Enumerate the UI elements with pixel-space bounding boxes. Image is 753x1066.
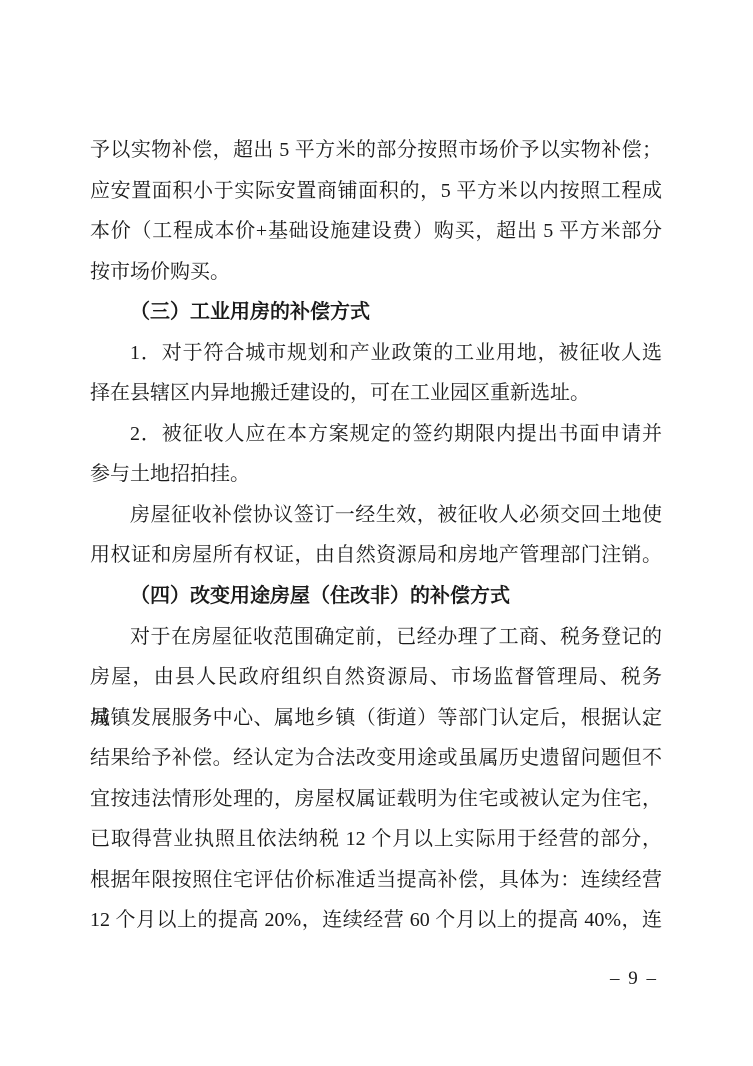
document-page: 予以实物补偿，超出 5 平方米的部分按照市场价予以实物补偿；应安置面积小于实际安… <box>0 0 753 1066</box>
page-number: – 9 – <box>610 968 658 990</box>
text-line: 1．对于符合城市规划和产业政策的工业用地，被征收人选 <box>90 333 662 374</box>
text-line: 结果给予补偿。经认定为合法改变用途或虽属历史遗留问题但不 <box>90 738 662 779</box>
text-line: 按市场价购买。 <box>90 252 662 293</box>
text-line: 择在县辖区内异地搬迁建设的，可在工业园区重新选址。 <box>90 373 662 414</box>
text-line: 房屋，由县人民政府组织自然资源局、市场监督管理局、税务局、 <box>90 657 662 698</box>
text-line: 2．被征收人应在本方案规定的签约期限内提出书面申请并 <box>90 414 662 455</box>
text-line: 城镇发展服务中心、属地乡镇（街道）等部门认定后，根据认定 <box>90 698 662 739</box>
text-line: 参与土地招拍挂。 <box>90 454 662 495</box>
text-line: 根据年限按照住宅评估价标准适当提高补偿，具体为：连续经营 <box>90 860 662 901</box>
text-line: 宜按违法情形处理的，房屋权属证载明为住宅或被认定为住宅， <box>90 779 662 820</box>
text-line: 用权证和房屋所有权证，由自然资源局和房地产管理部门注销。 <box>90 535 662 576</box>
text-line: 12 个月以上的提高 20%，连续经营 60 个月以上的提高 40%，连 <box>90 900 662 941</box>
text-line: 已取得营业执照且依法纳税 12 个月以上实际用于经营的部分， <box>90 819 662 860</box>
text-line: 对于在房屋征收范围确定前，已经办理了工商、税务登记的 <box>90 617 662 658</box>
section-heading: （三）工业用房的补偿方式 <box>90 292 662 333</box>
text-line: 房屋征收补偿协议签订一经生效，被征收人必须交回土地使 <box>90 495 662 536</box>
section-heading: （四）改变用途房屋（住改非）的补偿方式 <box>90 576 662 617</box>
text-line: 本价（工程成本价+基础设施建设费）购买，超出 5 平方米部分 <box>90 211 662 252</box>
document-body: 予以实物补偿，超出 5 平方米的部分按照市场价予以实物补偿；应安置面积小于实际安… <box>90 130 662 941</box>
text-line: 予以实物补偿，超出 5 平方米的部分按照市场价予以实物补偿； <box>90 130 662 171</box>
text-line: 应安置面积小于实际安置商铺面积的，5 平方米以内按照工程成 <box>90 171 662 212</box>
